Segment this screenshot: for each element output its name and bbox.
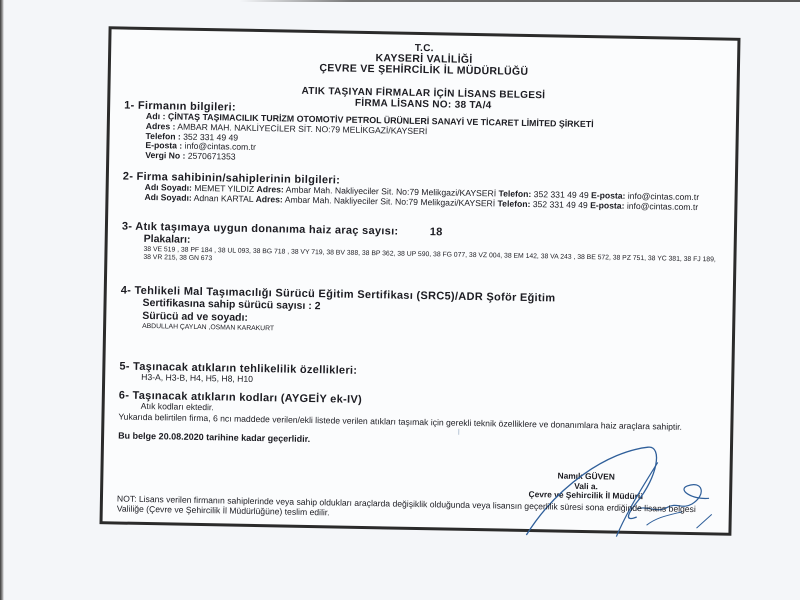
issuer-header: T.C. KAYSERİ VALİLİĞİ ÇEVRE VE ŞEHİRCİLİ…	[125, 38, 724, 82]
scan-mark	[458, 429, 459, 435]
vehicle-count: 18	[430, 226, 443, 238]
owner-phone-label: Telefon:	[498, 198, 531, 209]
owner-email-label: E-posta:	[590, 200, 625, 211]
section-drivers: 4- Tehlikeli Mal Taşımacılığı Sürücü Eği…	[120, 285, 719, 342]
scan-edge-left	[0, 0, 4, 600]
section-waste-codes: 6- Taşınacak atıkların kodları (AYGEİY e…	[118, 390, 717, 452]
signatory-office: Çevre ve Şehircilik İl Müdürü	[529, 490, 644, 502]
section-company-info: 1- Firmanın bilgileri: Adı : ÇİNTAŞ TAŞI…	[123, 100, 722, 172]
scan-edge-top	[240, 0, 800, 2]
owner-name: Adnan KARTAL	[194, 193, 254, 204]
owner-phone: 352 331 49 49	[533, 199, 588, 210]
license-document: T.C. KAYSERİ VALİLİĞİ ÇEVRE VE ŞEHİRCİLİ…	[99, 26, 740, 535]
company-tax-number: 2570671353	[188, 151, 236, 162]
owner-address-label: Adres:	[256, 194, 283, 204]
document-content: T.C. KAYSERİ VALİLİĞİ ÇEVRE VE ŞEHİRCİLİ…	[117, 38, 724, 533]
owner-name-label: Adı Soyadı:	[144, 192, 191, 203]
company-name-label: Adı :	[146, 111, 166, 121]
section-vehicles: 3- Atık taşımaya uygun donanıma haiz ara…	[121, 221, 720, 273]
owner-email: info@cintas.com.tr	[627, 201, 698, 212]
company-details: Adı : ÇİNTAŞ TAŞIMACILIK TURİZM OTOMOTİV…	[123, 112, 722, 172]
section-owner-info: 2- Firma sahibinin/sahiplerinin bilgiler…	[122, 171, 720, 214]
signatory-block: Namık GÜVEN Vali a. Çevre ve Şehircilik …	[529, 471, 644, 502]
validity-date: Bu belge 20.08.2020 tarihine kadar geçer…	[118, 430, 716, 451]
company-tax-label: Vergi No :	[145, 150, 185, 161]
section-hazard-properties: 5- Taşınacak atıkların tehlikelilik özel…	[119, 361, 717, 394]
